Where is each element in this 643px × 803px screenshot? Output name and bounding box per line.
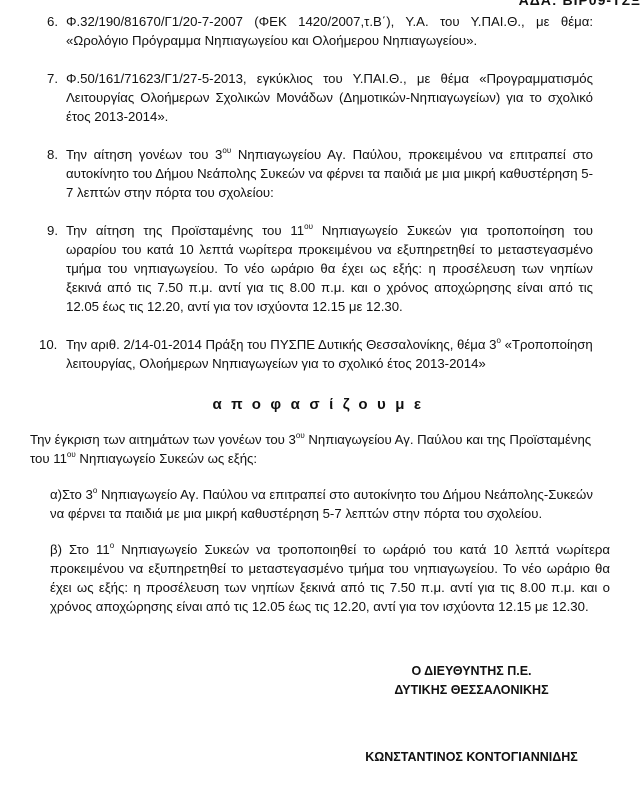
list-item-text: Την αίτηση γονέων του 3ου Νηπιαγωγείου Α… <box>66 145 593 202</box>
approval-paragraph: Την έγκριση των αιτημάτων των γονέων του… <box>30 430 608 468</box>
list-item-number: 10. <box>39 335 66 373</box>
decision-point-a: α)Στο 3ο Νηπιαγωγείο Αγ. Παύλου να επιτρ… <box>50 485 610 523</box>
list-item: 10. Την αριθ. 2/14-01-2014 Πράξη του ΠΥΣ… <box>39 335 593 373</box>
decision-point-b: β) Στο 11ο Νηπιαγωγείο Συκεών να τροποπο… <box>50 540 610 616</box>
list-item: 9. Την αίτηση της Προϊσταμένης του 11ου … <box>47 221 593 316</box>
signatory-name: ΚΩΝΣΤΑΝΤΙΝΟΣ ΚΟΝΤΟΓΙΑΝΝΙΔΗΣ <box>300 748 643 767</box>
list-item-number: 6. <box>47 12 66 50</box>
list-item-number: 7. <box>47 69 66 126</box>
list-item-text: Την αριθ. 2/14-01-2014 Πράξη του ΠΥΣΠΕ Δ… <box>66 335 593 373</box>
list-item: 8. Την αίτηση γονέων του 3ου Νηπιαγωγείο… <box>47 145 593 202</box>
decision-heading: αποφασίζουμε <box>0 395 643 414</box>
signatory-title-line1: Ο ΔΙΕΥΘΥΝΤΗΣ Π.Ε. <box>300 662 643 681</box>
list-item-text: Την αίτηση της Προϊσταμένης του 11ου Νηπ… <box>66 221 593 316</box>
list-item: 7. Φ.50/161/71623/Γ1/27-5-2013, εγκύκλιο… <box>47 69 593 126</box>
list-item-number: 8. <box>47 145 66 202</box>
signatory-title: Ο ΔΙΕΥΘΥΝΤΗΣ Π.Ε. ΔΥΤΙΚΗΣ ΘΕΣΣΑΛΟΝΙΚΗΣ <box>300 662 643 700</box>
signatory-title-line2: ΔΥΤΙΚΗΣ ΘΕΣΣΑΛΟΝΙΚΗΣ <box>300 681 643 700</box>
ada-header: ΑΔΑ: ΒΙΡ09-ΤΣΞ <box>519 0 641 10</box>
list-item-number: 9. <box>47 221 66 316</box>
list-item: 6. Φ.32/190/81670/Γ1/20-7-2007 (ΦΕΚ 1420… <box>47 12 593 50</box>
list-item-text: Φ.32/190/81670/Γ1/20-7-2007 (ΦΕΚ 1420/20… <box>66 12 593 50</box>
list-item-text: Φ.50/161/71623/Γ1/27-5-2013, εγκύκλιος τ… <box>66 69 593 126</box>
reference-list: 6. Φ.32/190/81670/Γ1/20-7-2007 (ΦΕΚ 1420… <box>47 12 593 392</box>
